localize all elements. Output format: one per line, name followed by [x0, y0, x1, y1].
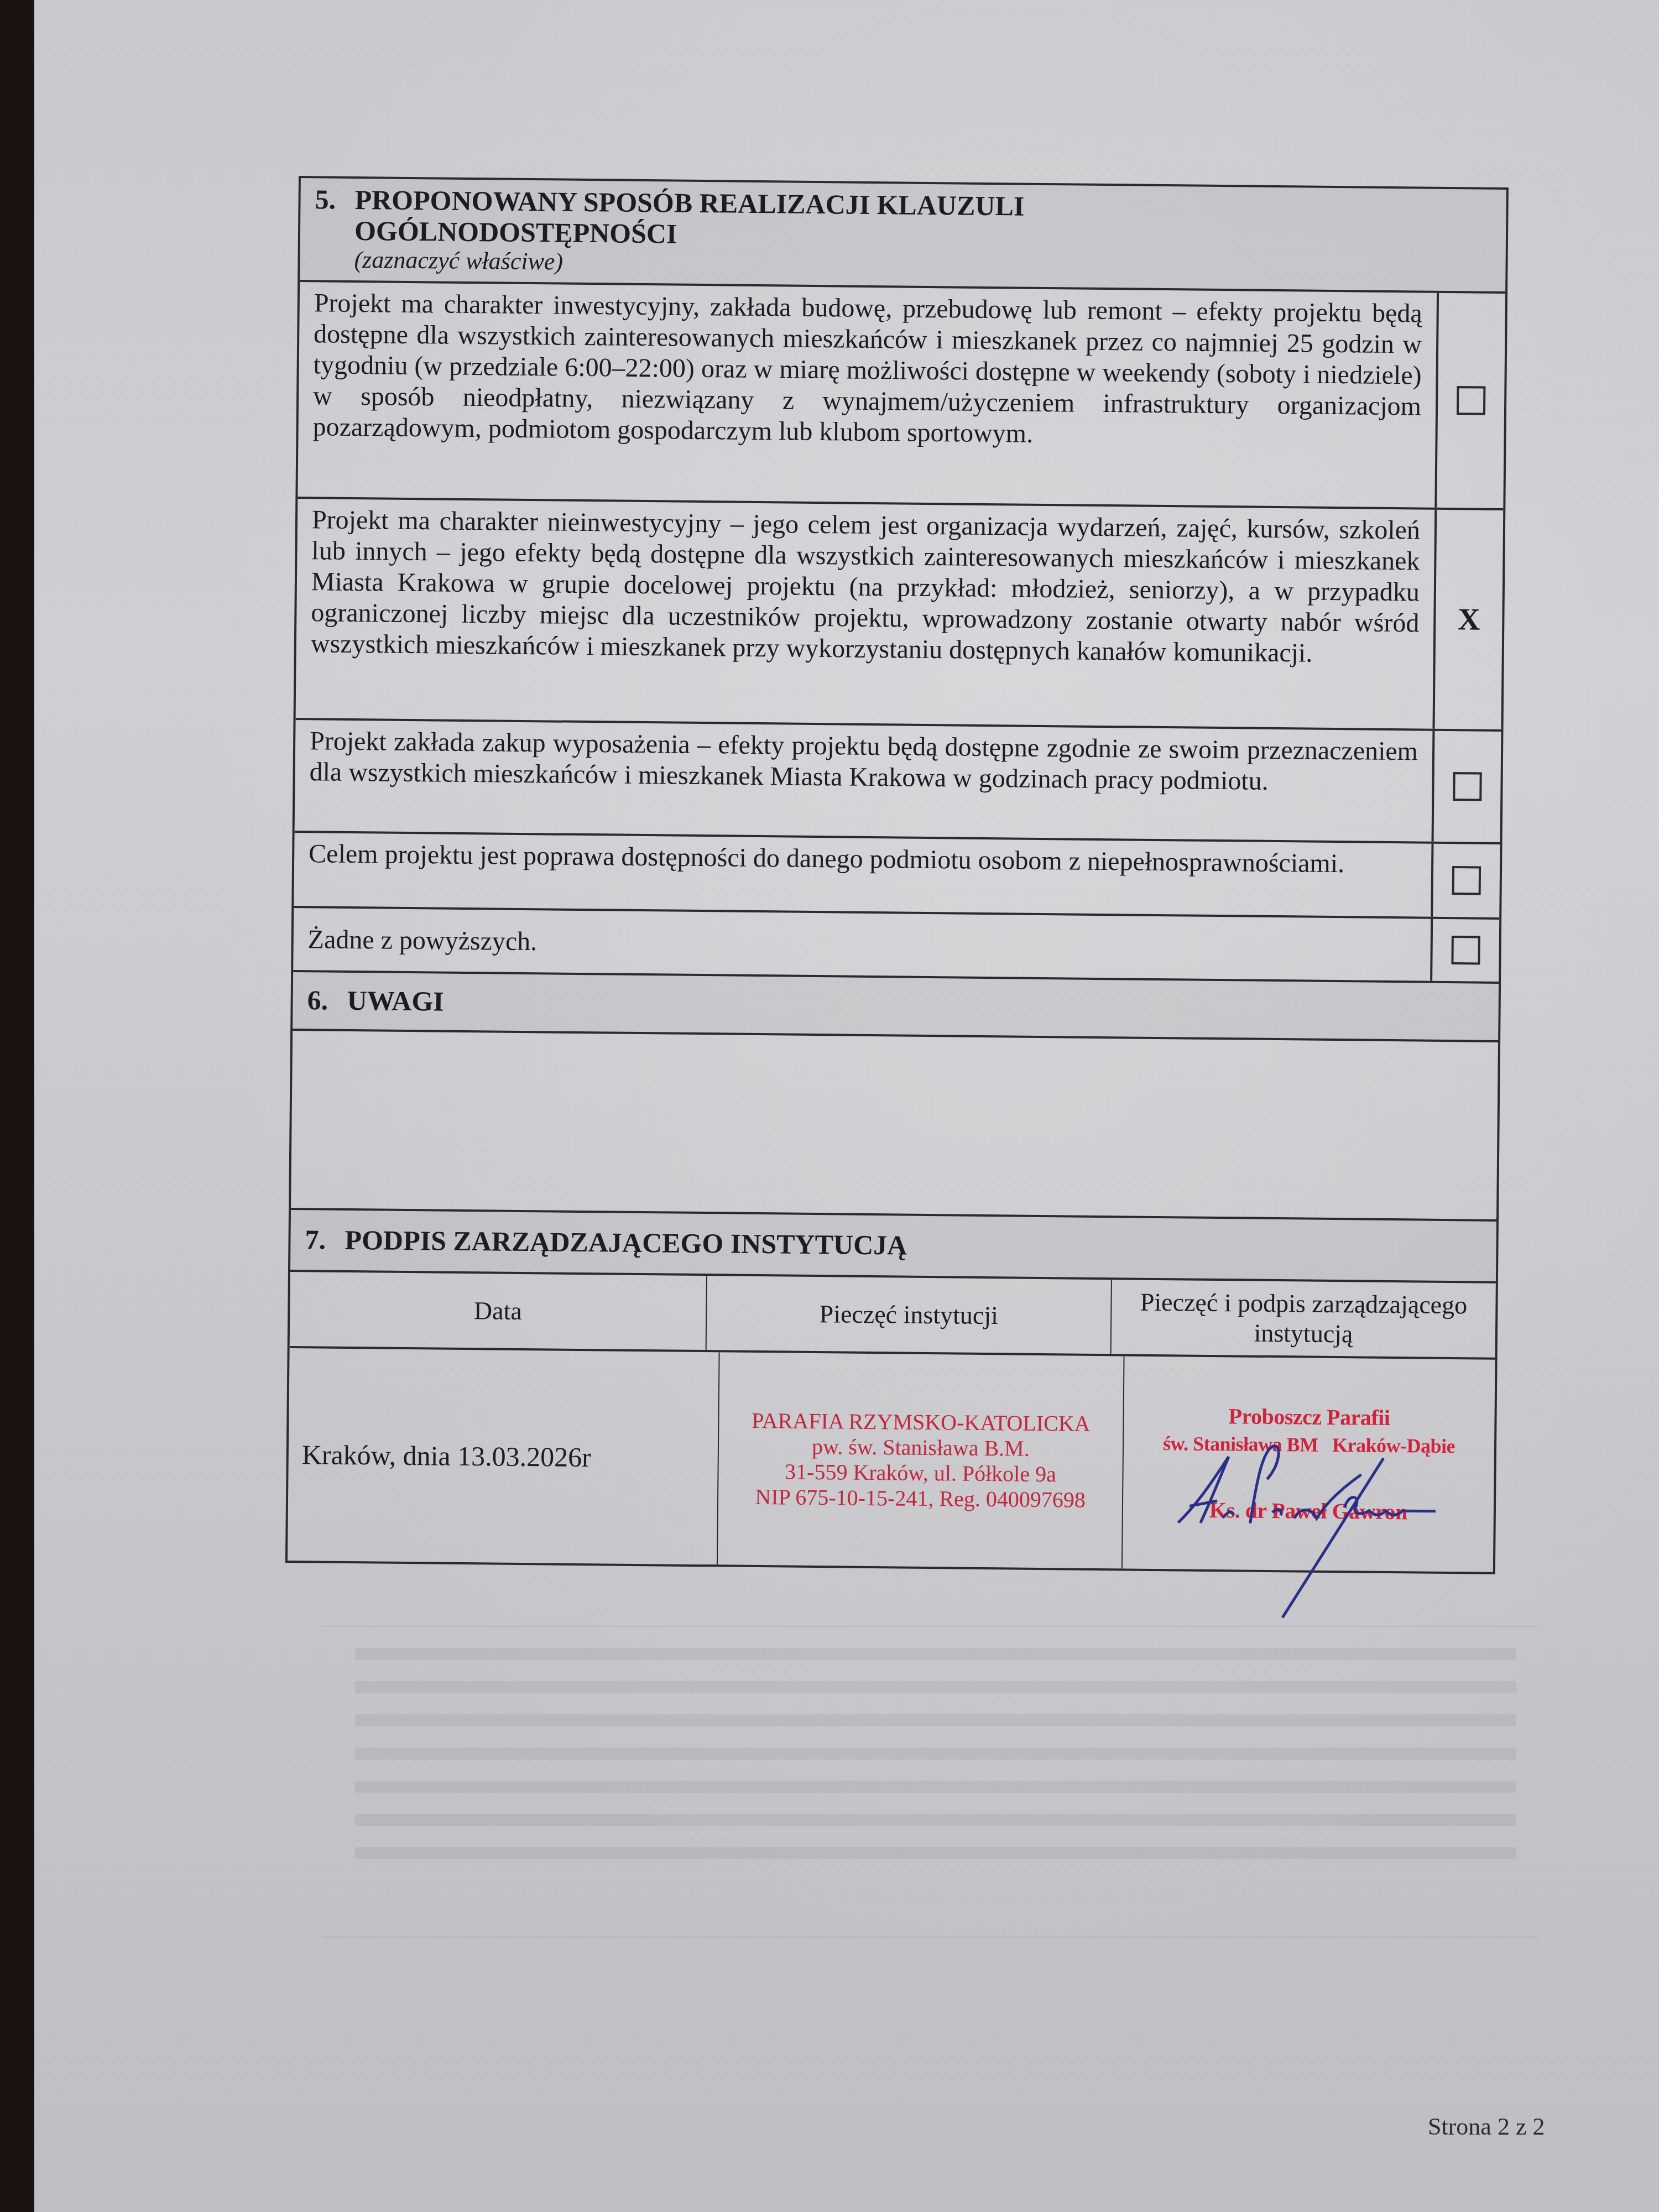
signature-table-row: Kraków, dnia 13.03.2026r PARAFIA RZYMSKO… — [288, 1348, 1495, 1574]
option-checkbox-cell[interactable] — [1432, 919, 1499, 982]
option-checkbox-cell[interactable]: X — [1434, 510, 1503, 729]
option-row: Żadne z powyższych. — [293, 908, 1499, 984]
option-row: Projekt zakłada zakup wyposażenia – efek… — [295, 720, 1501, 844]
section7-number: 7. — [305, 1224, 345, 1255]
option-row: Projekt ma charakter inwestycyjny, zakła… — [298, 282, 1505, 510]
signature-table-header: Data Pieczęć instytucji Pieczęć i podpis… — [290, 1272, 1496, 1360]
section6-header: 6. UWAGI — [293, 972, 1499, 1042]
section5-title: PROPONOWANY SPOSÓB REALIZACJI KLAUZULI O… — [354, 184, 1185, 254]
option-checkbox-cell[interactable] — [1433, 844, 1500, 917]
checkbox-empty[interactable] — [1452, 866, 1481, 895]
option-text: Żadne z powyższych. — [293, 908, 1433, 981]
section6-title: UWAGI — [347, 985, 444, 1017]
option-checkbox-cell[interactable] — [1437, 293, 1505, 508]
option-row: Celem projektu jest poprawa dostępności … — [294, 833, 1500, 920]
date-value: Kraków, dnia 13.03.2026r — [288, 1348, 720, 1564]
manager-stamp-line: Ks. dr Paweł Gawron — [1209, 1496, 1407, 1526]
column-header-institution-stamp: Pieczęć instytucji — [707, 1276, 1112, 1354]
form-table: 5. PROPONOWANY SPOSÓB REALIZACJI KLAUZUL… — [285, 176, 1509, 1574]
checkbox-empty[interactable] — [1451, 936, 1480, 964]
stamp-line: NIP 675-10-15-241, Reg. 040097698 — [755, 1484, 1086, 1513]
remarks-field[interactable] — [291, 1031, 1498, 1222]
stamp-line: PARAFIA RZYMSKO-KATOLICKA — [752, 1408, 1091, 1437]
option-text: Projekt ma charakter nieinwestycyjny – j… — [296, 499, 1437, 729]
section5-header: 5. PROPONOWANY SPOSÓB REALIZACJI KLAUZUL… — [300, 178, 1506, 294]
section6-number: 6. — [307, 984, 347, 1016]
section7-header: 7. PODPIS ZARZĄDZAJĄCEGO INSTYTUCJĄ — [290, 1210, 1496, 1284]
checkbox-checked-x[interactable]: X — [1458, 604, 1480, 635]
checkbox-empty[interactable] — [1453, 772, 1481, 801]
remarks-content[interactable] — [291, 1031, 1498, 1219]
option-row: Projekt ma charakter nieinwestycyjny – j… — [296, 499, 1504, 732]
option-text: Projekt zakłada zakup wyposażenia – efek… — [295, 720, 1435, 842]
column-header-manager-signature: Pieczęć i podpis zarządzającego instytuc… — [1112, 1280, 1496, 1358]
institution-stamp: PARAFIA RZYMSKO-KATOLICKA pw. św. Stanis… — [718, 1352, 1125, 1568]
option-checkbox-cell[interactable] — [1434, 731, 1501, 842]
column-header-date: Data — [290, 1272, 707, 1350]
stamp-line: pw. św. Stanisława B.M. — [812, 1434, 1030, 1462]
manager-stamp-line: Proboszcz Parafii — [1228, 1402, 1390, 1432]
section7-title: PODPIS ZARZĄDZAJĄCEGO INSTYTUCJĄ — [345, 1224, 907, 1261]
manager-stamp-line: św. Stanisława BM Kraków-Dąbie — [1163, 1430, 1455, 1460]
show-through-text — [322, 1626, 1538, 1938]
manager-stamp-and-signature: Proboszcz Parafii św. Stanisława BM Krak… — [1123, 1356, 1495, 1572]
section5-number: 5. — [315, 184, 355, 246]
page-number: Strona 2 z 2 — [1428, 2112, 1545, 2141]
option-text: Projekt ma charakter inwestycyjny, zakła… — [298, 282, 1439, 508]
checkbox-empty[interactable] — [1457, 386, 1485, 415]
stamp-line: 31-559 Kraków, ul. Półkole 9a — [785, 1459, 1056, 1488]
option-text: Celem projektu jest poprawa dostępności … — [294, 833, 1433, 917]
